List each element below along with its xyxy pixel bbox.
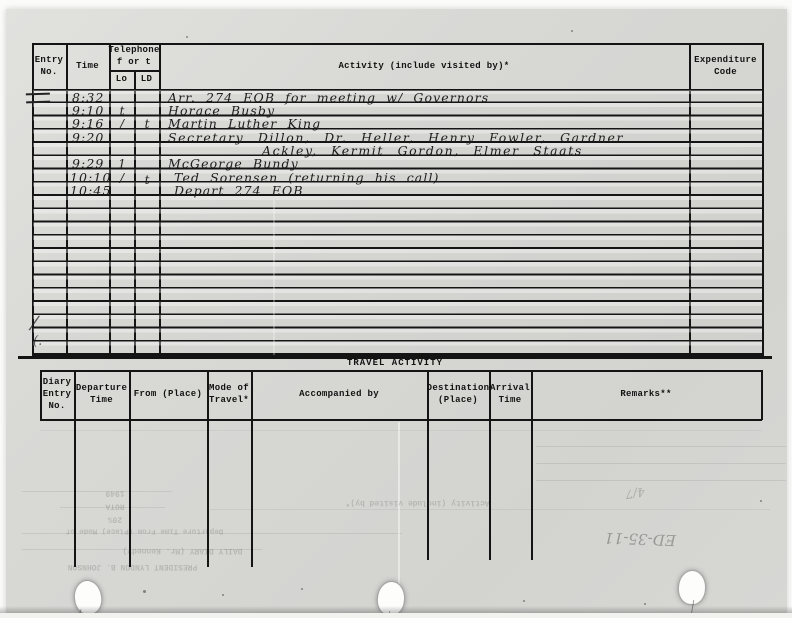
faint-rule [536,480,786,481]
activity-cell: Depart 274 EOB [174,184,304,197]
header-time: Time [66,45,109,89]
scan-speck [222,594,224,596]
scan-speck [571,30,573,32]
lo-mark: / [110,117,134,131]
header-accompanied-by: Accompanied by [251,371,427,419]
travel-section-title: TRAVEL ACTIVITY [300,358,490,370]
faint-rule [210,509,770,510]
travel-body-divider [489,420,491,560]
header-from-place: From (Place) [129,371,207,419]
header-remarks: Remarks** [531,371,761,419]
time-cell: 9:16 [72,117,104,130]
travel-body-divider [427,420,429,560]
travel-body-divider [531,420,533,560]
ld-mark: t [135,173,159,187]
bleed-through-text: PRESIDENT LYNDON B. JOHNSON [25,560,240,572]
header-mode-of-travel: Mode of Travel* [207,371,251,419]
header-arrival-time: Arrival Time [489,371,531,419]
scan-speck [301,588,303,590]
travel-right-border [761,370,763,420]
margin-check-mark: (. [33,334,42,349]
bleed-through-stamp: 20% ROTA 1949 [55,486,175,524]
faint-rule [536,463,786,464]
activity-cell: Martin Luther King [168,117,321,130]
travel-header-bottom-border [40,419,762,421]
header-entry-no: Entry No. [32,45,66,89]
table-right-border [762,43,764,356]
header-expenditure-code: Expenditure Code [689,45,762,89]
paper-crease [398,422,400,610]
ld-mark: t [135,117,159,131]
header-diary-entry-no: Diary Entry No. [40,371,74,419]
bleed-through-text: DAILY DIARY (Mr. Kennedy) [100,544,265,556]
paper-crease [273,200,275,355]
scan-speck [644,603,646,605]
faint-rule [536,446,786,447]
bleed-through-text: Activity (include visited by)* [310,496,525,508]
bleed-through-text: Departure Time From (Place) Mode of [22,524,267,535]
time-cell: 9:29 [72,157,104,170]
faint-rule [40,430,762,431]
scan-bottom-strip [0,613,792,618]
time-cell: 10:45 [70,184,112,197]
header-activity: Activity (include visited by)* [159,45,689,89]
lo-mark: 1 [110,157,134,171]
scan-speck [760,500,762,502]
scanned-document-page: Entry No. Time Telephone f or t Lo LD Ac… [0,0,792,618]
activity-cell: McGeorge Bundy [168,157,299,170]
scan-speck [523,600,525,602]
header-ld: LD [134,70,159,89]
margin-dash-mark [26,93,50,104]
scan-speck [186,36,188,38]
header-telephone: Telephone f or t [109,44,159,70]
lo-mark: t [110,104,134,118]
header-destination-place: Destination (Place) [427,371,489,419]
header-departure-time: Departure Time [74,371,129,419]
time-cell: 9:20 [72,131,104,144]
lo-mark: / [110,171,134,185]
header-lo: Lo [109,70,134,89]
activity-cell: Ackley, Kermit Gordon, Elmer Staats [262,144,583,157]
scan-speck [143,590,146,593]
